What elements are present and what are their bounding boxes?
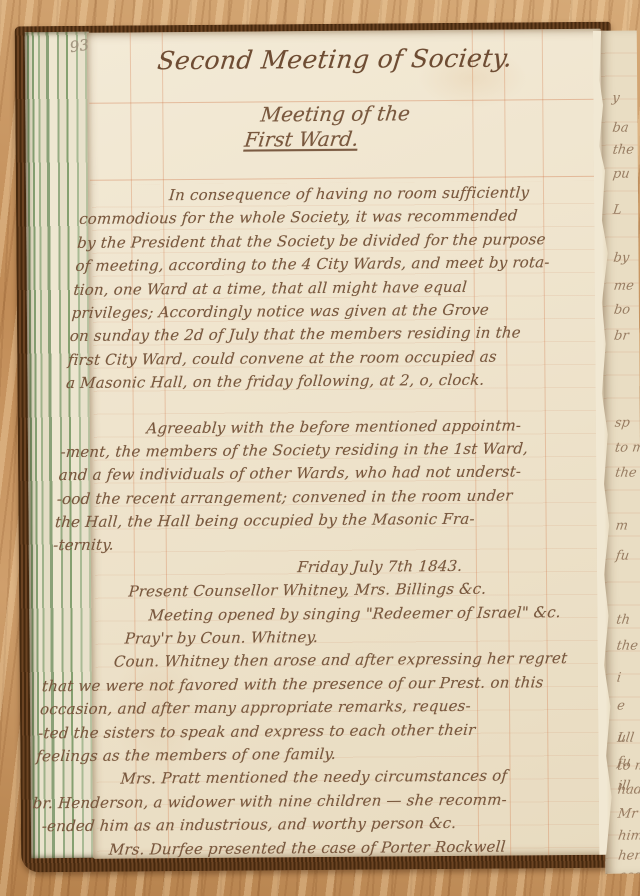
- next-page-text-fragment: him: [617, 828, 640, 843]
- manuscript-line: Present Counsellor Whitney, Mrs. Billing…: [128, 577, 565, 604]
- manuscript-line: that we were not favored with the presen…: [41, 671, 557, 698]
- next-page-text-fragment: fu: [615, 549, 630, 564]
- manuscript-line: of meeting, according to the 4 City Ward…: [74, 251, 590, 278]
- manuscript-line: a Masonic Hall, on the friday following,…: [65, 368, 581, 395]
- next-page-text-fragment: acc: [617, 868, 640, 873]
- manuscript-line: Mrs. Pratt mentioned the needy circumsta…: [120, 765, 550, 792]
- next-page-text-fragment: L: [612, 203, 623, 218]
- next-page-text-fragment: to m: [614, 440, 640, 455]
- next-page-text-fragment: ba: [612, 121, 630, 136]
- next-page-text-fragment: the: [614, 466, 637, 481]
- next-page-text-fragment: by: [613, 251, 631, 266]
- next-page-text-fragment: to m: [617, 758, 640, 773]
- next-page-text-fragment: m: [615, 519, 629, 534]
- manuscript-line: Agreeably with the before mentioned appo…: [146, 413, 578, 440]
- manuscript-text-block: In consequence of having no room suffici…: [28, 181, 596, 862]
- next-page-text-fragment: i: [616, 671, 622, 686]
- next-page-text-fragment: me: [613, 279, 635, 294]
- manuscript-line: br. Henderson, a widower with nine child…: [32, 788, 548, 815]
- next-page-text-fragment: Mr: [617, 807, 639, 822]
- manuscript-line: Coun. Whitney then arose and after expre…: [113, 648, 559, 675]
- next-page-text-fragment: the: [612, 143, 635, 158]
- manuscript-line: Pray'r by Coun. Whitney.: [124, 624, 561, 651]
- entry-subtitle-line1: Meeting of the: [80, 100, 591, 128]
- next-page-text-fragment: br: [613, 329, 630, 344]
- manuscript-line: on sunday the 2d of July that the member…: [69, 321, 585, 348]
- underlined-heading: First Ward.: [243, 127, 360, 152]
- entry-title: Second Meeting of Society.: [79, 43, 590, 76]
- next-page-text-fragment: bo: [613, 303, 631, 318]
- next-page-text-fragment: y: [611, 91, 620, 106]
- next-page-text-fragment: e: [616, 699, 626, 714]
- next-page-text-fragment: her f: [617, 848, 640, 863]
- next-page-text-fragment: the: [616, 639, 639, 654]
- date-heading: Friday July 7th 1843.: [296, 554, 566, 580]
- manuscript-line: -ood the recent arrangement; convened in…: [56, 484, 572, 511]
- manuscript-line: Mrs. Durfee presented the case of Porter…: [108, 835, 544, 862]
- journal-book: y ba the pu L by me bo br sp to m the m …: [0, 0, 640, 896]
- manuscript-line: In consequence of having no room suffici…: [168, 181, 596, 208]
- entry-subtitle-line2: First Ward.: [46, 125, 557, 153]
- next-page-text-fragment: had: [617, 782, 640, 797]
- next-page-text-fragment: sp: [614, 416, 631, 431]
- header-rule-bottom: [90, 176, 600, 181]
- next-page-text-fragment: th: [615, 613, 631, 628]
- next-page-text-fragment: ull: [616, 731, 635, 746]
- next-page-text-fragment: pu: [612, 167, 631, 182]
- manuscript-line: Meeting opened by singing "Redeemer of I…: [148, 601, 563, 628]
